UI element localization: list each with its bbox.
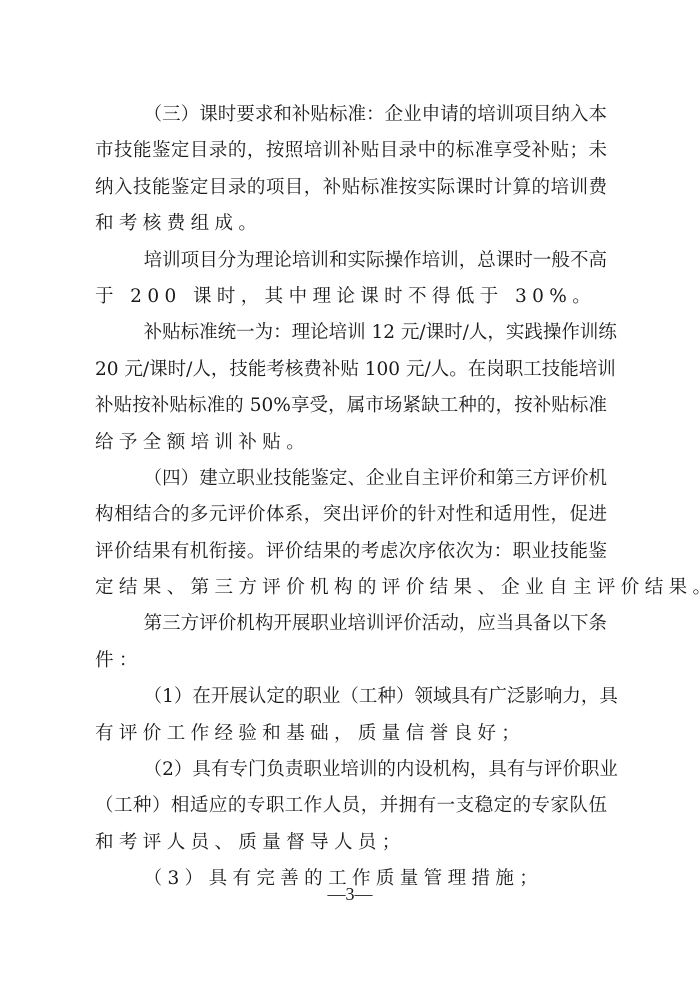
- text-line: 和考核费组成。: [95, 206, 607, 242]
- line-text: 补贴按补贴标准的 50%享受，属市场紧缺工种的，按补贴标准: [95, 388, 607, 424]
- document-page: （三）课时要求和补贴标准：企业申请的培训项目纳入本 市技能鉴定目录的，按照培训补…: [0, 0, 700, 990]
- text-line: （1）在开展认定的职业（工种）领域具有广泛影响力，具: [95, 679, 607, 715]
- text-line: 定结果、第三方评价机构的评价结果、企业自主评价结果。: [95, 570, 607, 606]
- paragraph-subsidy-standard: 补贴标准统一为：理论培训 12 元/课时/人，实践操作训练 20 元/课时/人，…: [95, 315, 607, 461]
- line-text: 纳入技能鉴定目录的项目，补贴标准按实际课时计算的培训费: [95, 170, 607, 206]
- text-line: 件：: [95, 643, 607, 679]
- line-text: 市技能鉴定目录的，按照培训补贴目录中的标准享受补贴；未: [95, 133, 607, 169]
- line-text: （1）在开展认定的职业（工种）领域具有广泛影响力，具: [95, 679, 607, 715]
- list-item-condition-2: （2）具有专门负责职业培训的内设机构，具有与评价职业 （工种）相适应的专职工作人…: [95, 752, 607, 861]
- list-item-condition-1: （1）在开展认定的职业（工种）领域具有广泛影响力，具 有评价工作经验和基础，质量…: [95, 679, 607, 752]
- paragraph-training-hours: 培训项目分为理论培训和实际操作培训，总课时一般不高 于 200 课时，其中理论课…: [95, 243, 607, 316]
- line-text: 和考核费组成。: [95, 206, 607, 242]
- text-line: 于 200 课时，其中理论课时不得低于 30%。: [95, 279, 607, 315]
- line-text: 和考评人员、质量督导人员；: [95, 825, 607, 861]
- paragraph-section-3: （三）课时要求和补贴标准：企业申请的培训项目纳入本 市技能鉴定目录的，按照培训补…: [95, 97, 607, 243]
- text-line: 评价结果有机衔接。评价结果的考虑次序依次为：职业技能鉴: [95, 534, 607, 570]
- line-text: 给予全额培训补贴。: [95, 425, 607, 461]
- text-line: （四）建立职业技能鉴定、企业自主评价和第三方评价机: [95, 461, 607, 497]
- text-line: 构相结合的多元评价体系，突出评价的针对性和适用性，促进: [95, 497, 607, 533]
- line-text: （三）课时要求和补贴标准：企业申请的培训项目纳入本: [95, 97, 607, 133]
- page-number: —3—: [0, 884, 700, 905]
- paragraph-section-4: （四）建立职业技能鉴定、企业自主评价和第三方评价机 构相结合的多元评价体系，突出…: [95, 461, 607, 607]
- text-line: 有评价工作经验和基础，质量信誉良好；: [95, 716, 607, 752]
- text-line: 纳入技能鉴定目录的项目，补贴标准按实际课时计算的培训费: [95, 170, 607, 206]
- line-text: 于 200 课时，其中理论课时不得低于 30%。: [95, 279, 607, 315]
- text-line: 20 元/课时/人，技能考核费补贴 100 元/人。在岗职工技能培训: [95, 352, 607, 388]
- line-text: 构相结合的多元评价体系，突出评价的针对性和适用性，促进: [95, 497, 607, 533]
- text-line: 培训项目分为理论培训和实际操作培训，总课时一般不高: [95, 243, 607, 279]
- text-line: 和考评人员、质量督导人员；: [95, 825, 607, 861]
- text-line: 补贴标准统一为：理论培训 12 元/课时/人，实践操作训练: [95, 315, 607, 351]
- text-line: 补贴按补贴标准的 50%享受，属市场紧缺工种的，按补贴标准: [95, 388, 607, 424]
- line-text: 定结果、第三方评价机构的评价结果、企业自主评价结果。: [95, 570, 607, 606]
- line-text: 第三方评价机构开展职业培训评价活动，应当具备以下条: [95, 606, 607, 642]
- paragraph-third-party-conditions: 第三方评价机构开展职业培训评价活动，应当具备以下条 件：: [95, 606, 607, 679]
- line-text: （四）建立职业技能鉴定、企业自主评价和第三方评价机: [95, 461, 607, 497]
- line-text: 培训项目分为理论培训和实际操作培训，总课时一般不高: [95, 243, 607, 279]
- line-text: 件：: [95, 643, 607, 679]
- line-text: 有评价工作经验和基础，质量信誉良好；: [95, 716, 607, 752]
- text-line: （工种）相适应的专职工作人员，并拥有一支稳定的专家队伍: [95, 788, 607, 824]
- text-line: 第三方评价机构开展职业培训评价活动，应当具备以下条: [95, 606, 607, 642]
- text-line: 市技能鉴定目录的，按照培训补贴目录中的标准享受补贴；未: [95, 133, 607, 169]
- line-text: 评价结果有机衔接。评价结果的考虑次序依次为：职业技能鉴: [95, 534, 607, 570]
- line-text: （工种）相适应的专职工作人员，并拥有一支稳定的专家队伍: [95, 788, 607, 824]
- document-body: （三）课时要求和补贴标准：企业申请的培训项目纳入本 市技能鉴定目录的，按照培训补…: [95, 97, 607, 898]
- text-line: （三）课时要求和补贴标准：企业申请的培训项目纳入本: [95, 97, 607, 133]
- line-text: （2）具有专门负责职业培训的内设机构，具有与评价职业: [95, 752, 607, 788]
- line-text: 补贴标准统一为：理论培训 12 元/课时/人，实践操作训练: [95, 315, 607, 351]
- text-line: 给予全额培训补贴。: [95, 425, 607, 461]
- line-text: 20 元/课时/人，技能考核费补贴 100 元/人。在岗职工技能培训: [95, 352, 607, 388]
- text-line: （2）具有专门负责职业培训的内设机构，具有与评价职业: [95, 752, 607, 788]
